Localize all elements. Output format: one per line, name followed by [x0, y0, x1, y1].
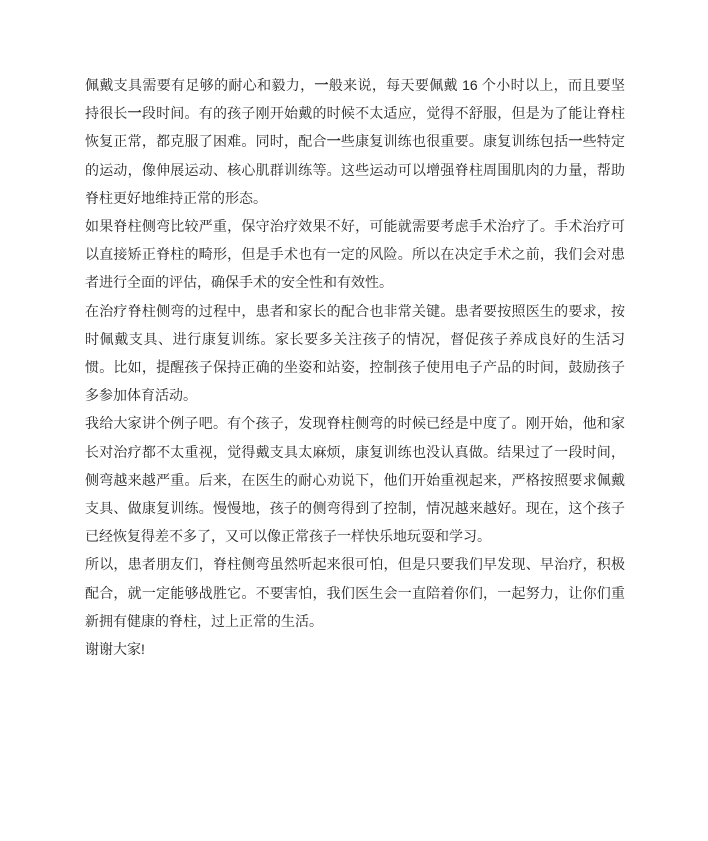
paragraph-case-example: 我给大家讲个例子吧。有个孩子，发现脊柱侧弯的时候已经是中度了。刚开始，他和家长对… [85, 409, 625, 550]
text-run: 所以，患者朋友们，脊柱侧弯虽然听起来很可怕，但是只要我们早发现、早治疗，积极配合… [85, 556, 625, 628]
bold-text-run: 一 [314, 77, 328, 93]
paragraph-thanks: 谢谢大家! [85, 635, 625, 663]
paragraph-encouragement: 所以，患者朋友们，脊柱侧弯虽然听起来很可怕，但是只要我们早发现、早治疗，积极配合… [85, 550, 625, 635]
bold-text-run: 一 [568, 133, 582, 149]
text-run: 佩戴支具需要有足够的耐心和毅力， [85, 77, 314, 93]
paragraph-brace-wearing: 佩戴支具需要有足够的耐心和毅力，一般来说，每天要佩戴 16 个小时以上，而且要坚… [85, 71, 625, 212]
bold-text-run: 一 [128, 105, 142, 121]
text-run: 在治疗脊柱侧弯的过程中，患者和家长的配合也非常关键。患者要按照医生的要求，按时佩… [85, 303, 625, 404]
document-page: 佩戴支具需要有足够的耐心和毅力，一般来说，每天要佩戴 16 个小时以上，而且要坚… [0, 0, 708, 841]
document-body: 佩戴支具需要有足够的耐心和毅力，一般来说，每天要佩戴 16 个小时以上，而且要坚… [85, 71, 625, 663]
paragraph-cooperation: 在治疗脊柱侧弯的过程中，患者和家长的配合也非常关键。患者要按照医生的要求，按时佩… [85, 297, 625, 410]
text-run: 如果脊柱侧弯比较严重，保守治疗效果不好，可能就需要考虑手术治疗了。手术治疗可以直… [85, 218, 625, 290]
text-run: 我给大家讲个例子吧。有个孩子，发现脊柱侧弯的时候已经是中度了。刚开始，他和家长对… [85, 415, 625, 544]
text-run: 谢谢大家! [85, 641, 145, 657]
text-run: 些康复训练也很重要。康复训练包括 [341, 133, 568, 149]
bold-text-run: 一 [327, 133, 341, 149]
paragraph-surgery: 如果脊柱侧弯比较严重，保守治疗效果不好，可能就需要考虑手术治疗了。手术治疗可以直… [85, 212, 625, 297]
